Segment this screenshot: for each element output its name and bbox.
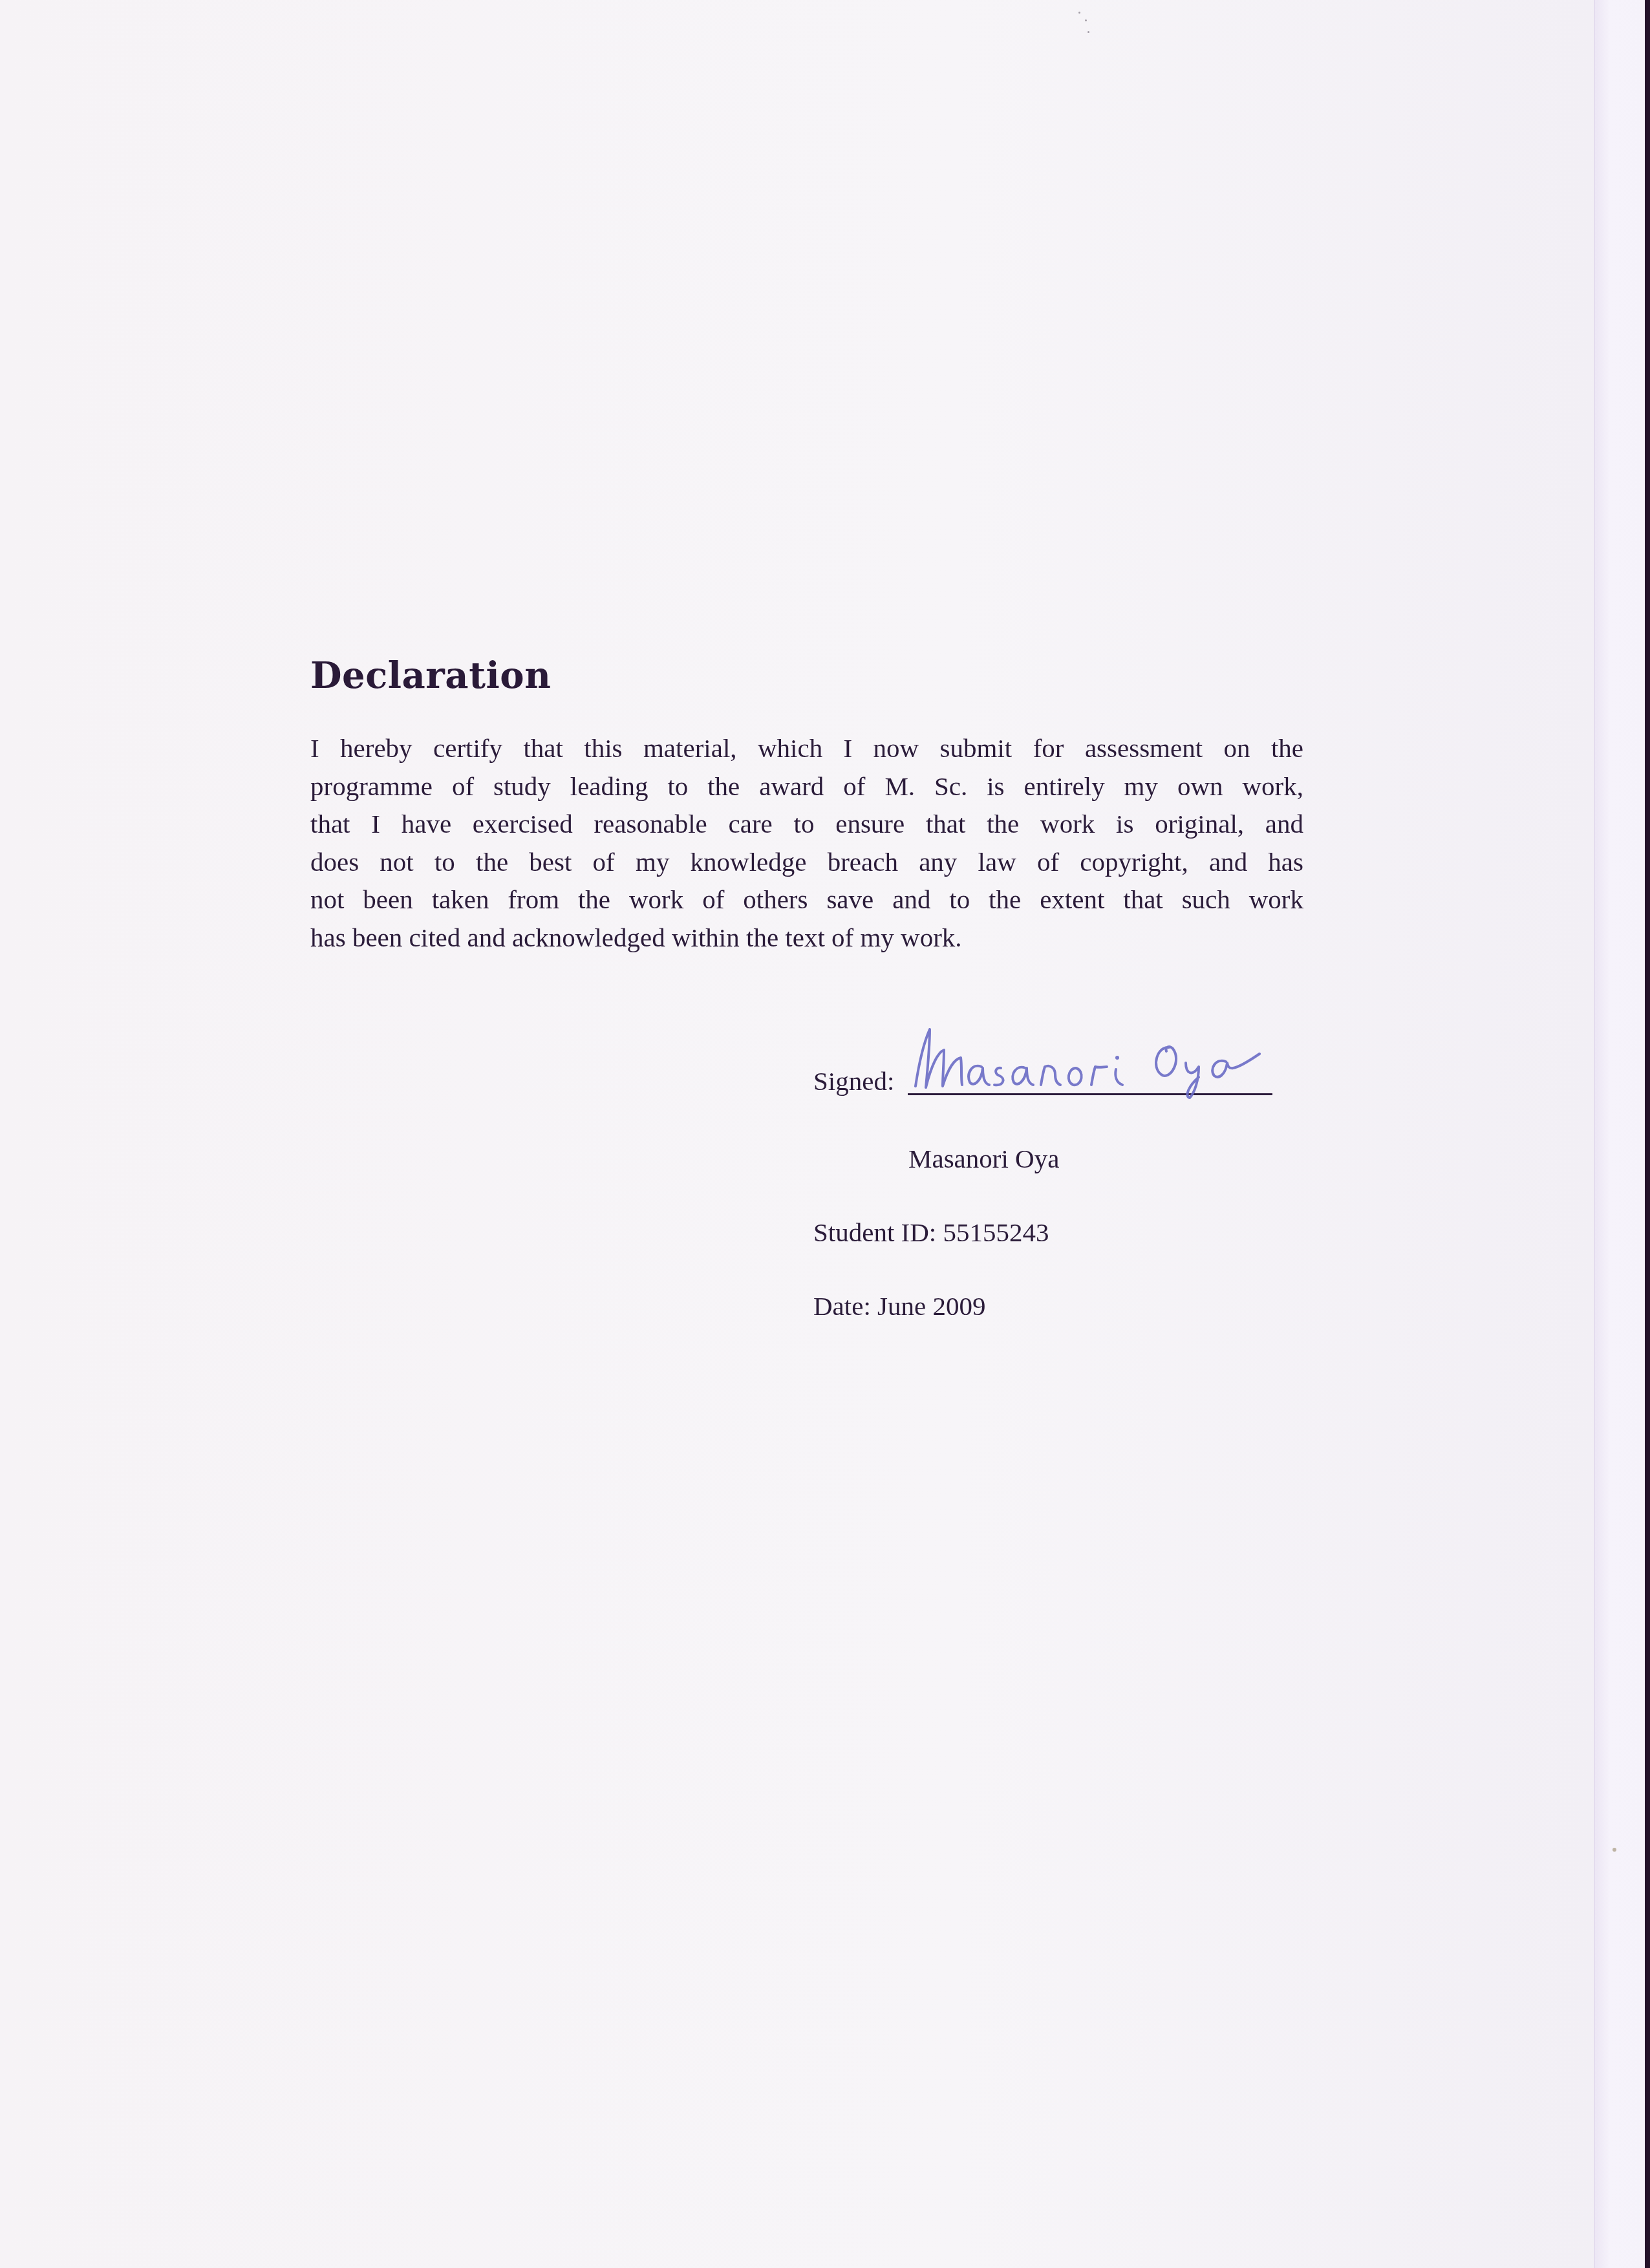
underlying-sheet-edge — [1594, 0, 1645, 2268]
signature-field: Signed: — [813, 1022, 1272, 1106]
scanner-border — [1645, 0, 1650, 2268]
paragraph-line: programme of study leading to the award … — [310, 767, 1303, 806]
scan-speck — [1612, 1848, 1616, 1852]
scan-speck — [1085, 19, 1087, 21]
date-value: June 2009 — [877, 1291, 985, 1321]
scan-speck — [1087, 31, 1089, 33]
paragraph-line: has been cited and acknowledged within t… — [310, 919, 1303, 957]
paragraph-line: I hereby certify that this material, whi… — [310, 729, 1303, 767]
student-id-label: Student ID: — [813, 1217, 936, 1247]
printed-name: Masanori Oya — [908, 1143, 1059, 1174]
student-id-line: Student ID: 55155243 — [813, 1217, 1049, 1248]
scan-speck — [1078, 12, 1080, 14]
date-label: Date: — [813, 1291, 871, 1321]
paragraph-line: not been taken from the work of others s… — [310, 881, 1303, 919]
paper-page — [0, 0, 1594, 2268]
handwritten-signature — [910, 1022, 1272, 1099]
declaration-paragraph: I hereby certify that this material, whi… — [310, 729, 1303, 956]
page-title: Declaration — [310, 654, 551, 697]
date-line: Date: June 2009 — [813, 1290, 985, 1321]
signed-label: Signed: — [813, 1065, 894, 1097]
student-id-value: 55155243 — [943, 1217, 1049, 1247]
paragraph-line: does not to the best of my knowledge bre… — [310, 843, 1303, 881]
paragraph-line: that I have exercised reasonable care to… — [310, 805, 1303, 843]
